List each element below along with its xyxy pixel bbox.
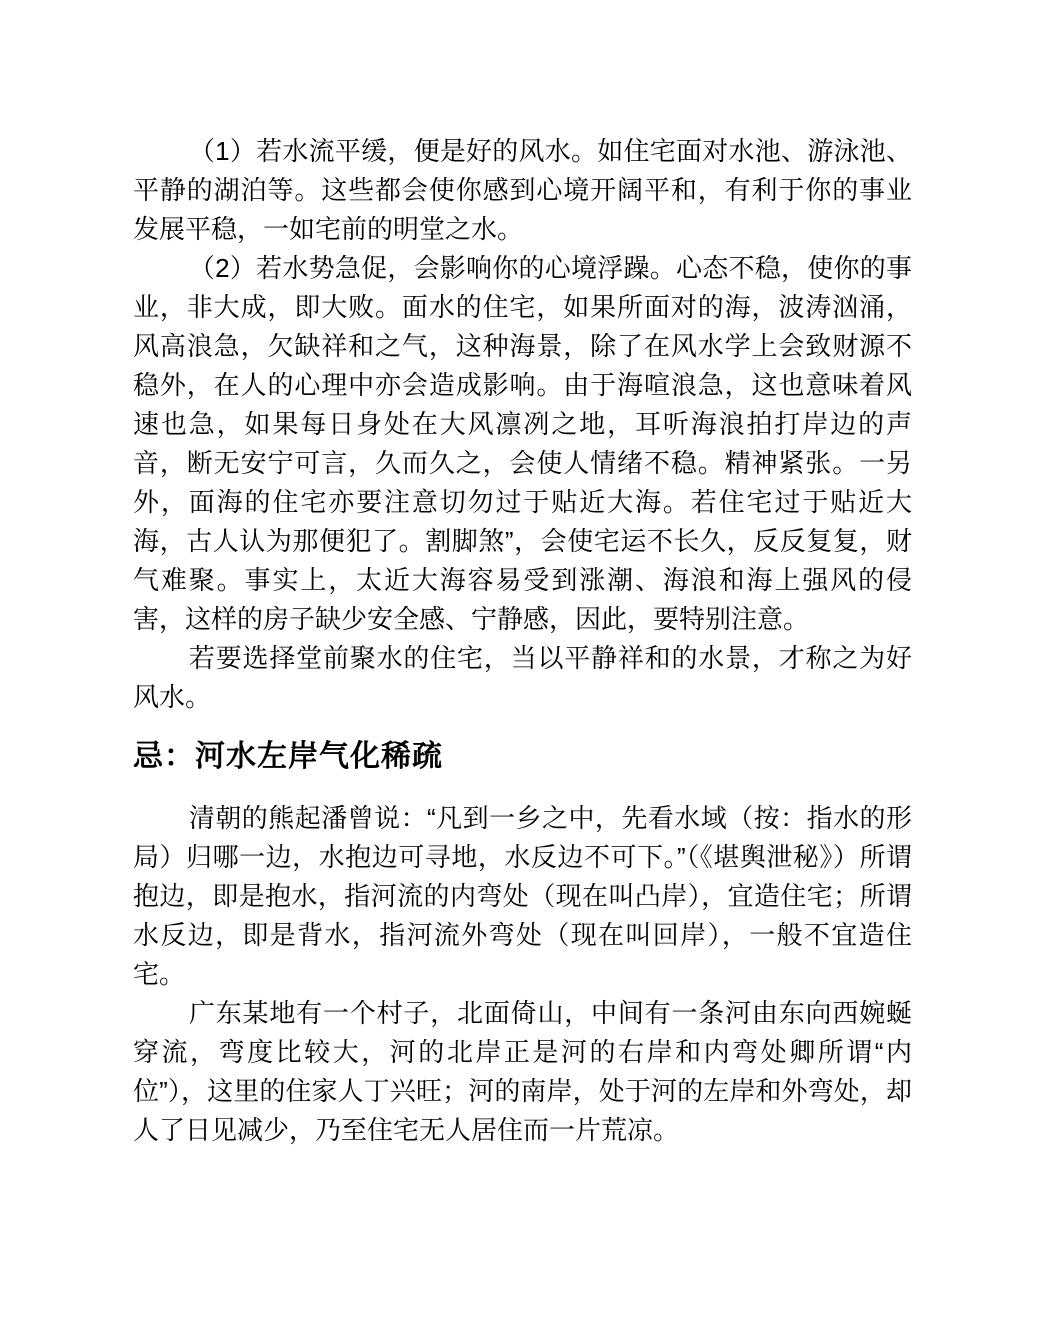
- paragraph-conclusion-water: 若要选择堂前聚水的住宅，当以平静祥和的水景，才称之为好风水。: [133, 639, 912, 717]
- paragraph-rushing-water: （2）若水势急促，会影响你的心境浮躁。心态不稳，使你的事业，非大成，即大败。面水…: [133, 249, 912, 639]
- paragraph-guangdong-village: 广东某地有一个村子，北面倚山，中间有一条河由东向西婉蜒穿流，弯度比较大，河的北岸…: [133, 994, 912, 1150]
- section-heading-left-bank: 忌：河水左岸气化稀疏: [133, 737, 912, 777]
- document-page: （1）若水流平缓，便是好的风水。如住宅面对水池、游泳池、平静的湖泊等。这些都会使…: [0, 0, 1046, 1344]
- paragraph-qing-quote: 清朝的熊起潘曾说：“凡到一乡之中，先看水域（按：指水的形局）归哪一边，水抱边可寻…: [133, 799, 912, 994]
- paragraph-calm-water: （1）若水流平缓，便是好的风水。如住宅面对水池、游泳池、平静的湖泊等。这些都会使…: [133, 132, 912, 249]
